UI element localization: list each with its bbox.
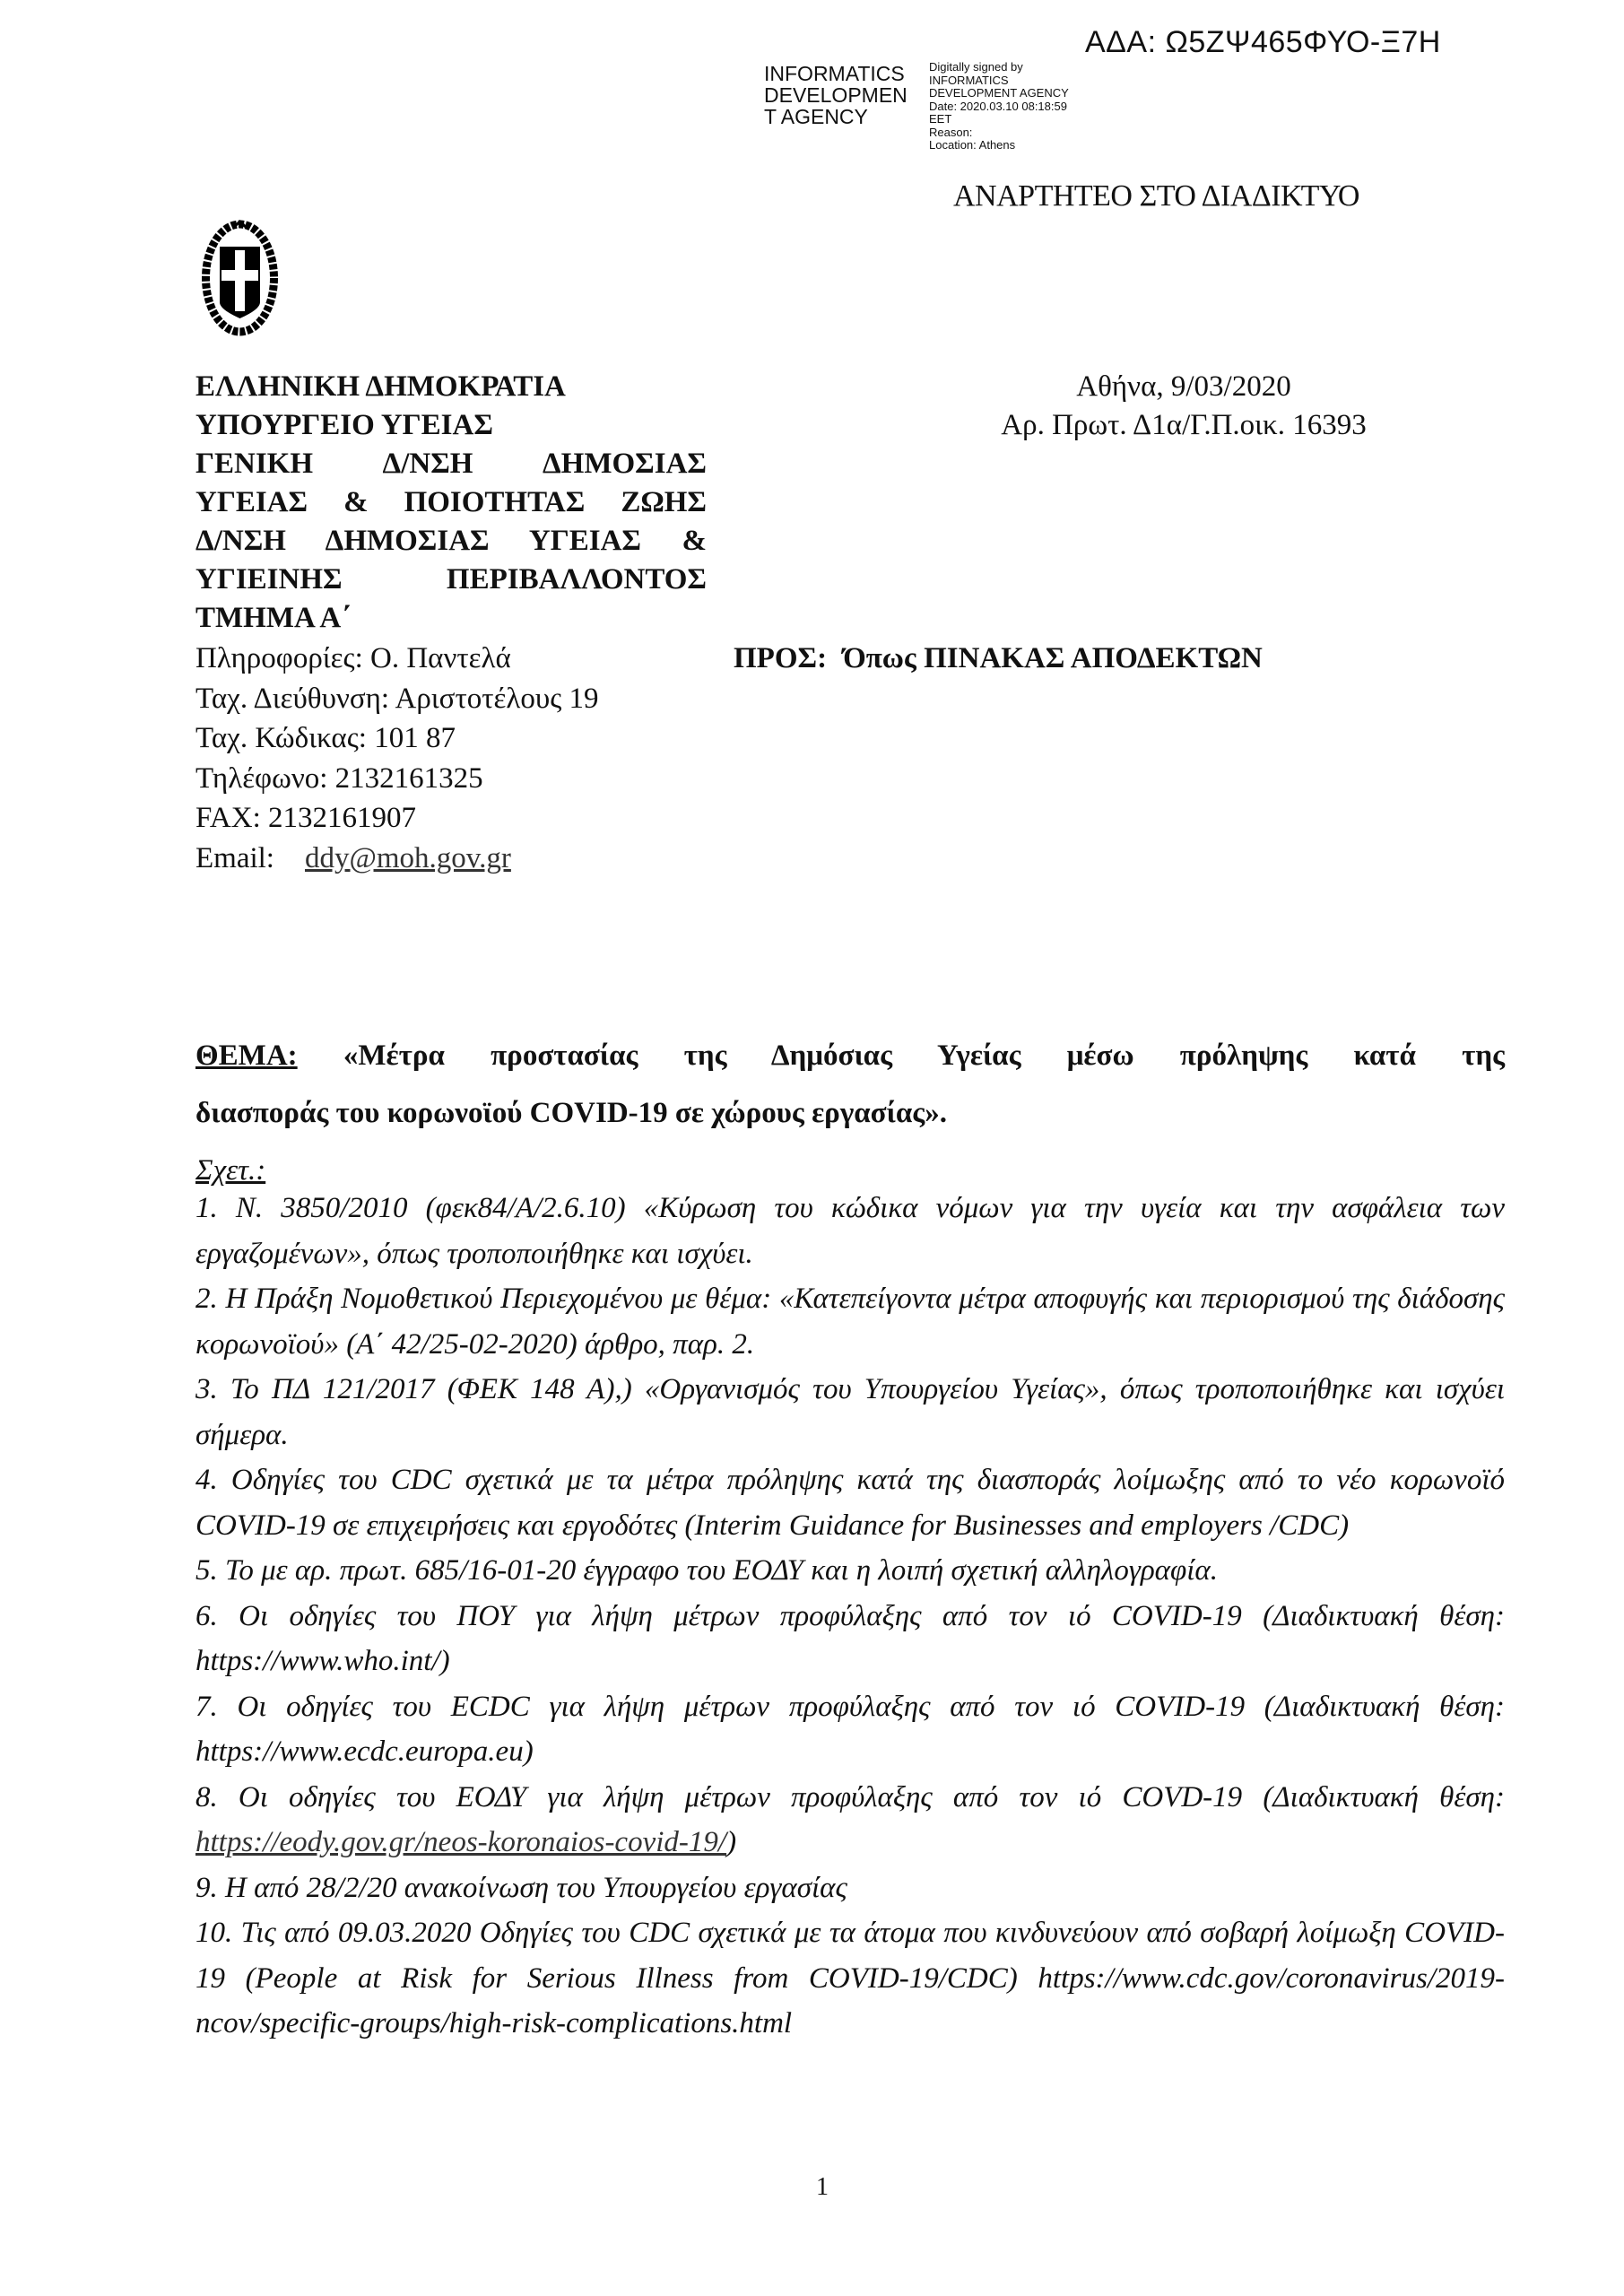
org-line: ΥΠΟΥΡΓΕΙΟ ΥΓΕΙΑΣ [195, 406, 707, 445]
org-line: Δ/ΝΣΗ ΔΗΜΟΣΙΑΣ ΥΓΕΙΑΣ & [195, 522, 707, 561]
signature-detail-line: Date: 2020.03.10 08:18:59 [929, 100, 1069, 114]
org-line: ΕΛΛΗΝΙΚΗ ΔΗΜΟΚΡΑΤΙΑ [195, 368, 707, 406]
org-line: ΥΓΙΕΙΝΗΣ ΠΕΡΙΒΑΛΛΟΝΤΟΣ [195, 561, 707, 599]
contact-email-row: Email:ddy@moh.gov.gr [195, 839, 599, 879]
reference-item: 5. Το με αρ. πρωτ. 685/16-01-20 έγγραφο … [195, 1548, 1505, 1594]
recipients: ΠΡΟΣ:Όπως ΠΙΝΑΚΑΣ ΑΠΟΔΕΚΤΩΝ [734, 639, 1263, 678]
contact-fax: FAX: 2132161907 [195, 798, 599, 839]
signature-detail-line: EET [929, 113, 1069, 126]
eody-link[interactable]: https://eody.gov.gr/neos-koronaios-covid… [195, 1826, 726, 1858]
signature-detail-line: Digitally signed by [929, 61, 1069, 74]
reference-item: 1. Ν. 3850/2010 (φεκ84/Α/2.6.10) «Κύρωση… [195, 1186, 1505, 1276]
reference-item: 8. Οι οδηγίες του ΕΟΔΥ για λήψη μέτρων π… [195, 1775, 1505, 1865]
reference-tail: ) [726, 1826, 736, 1858]
signature-detail-line: DEVELOPMENT AGENCY [929, 87, 1069, 100]
reference-item: 6. Οι οδηγίες του ΠΟΥ για λήψη μέτρων πρ… [195, 1594, 1505, 1684]
references-heading: Σχετ.: [195, 1152, 265, 1188]
subject-block: ΘΕΜΑ: «Μέτρα προστασίας της Δημόσιας Υγε… [195, 1027, 1505, 1142]
contact-postal-code: Ταχ. Κώδικας: 101 87 [195, 718, 599, 759]
reference-item: 2. Η Πράξη Νομοθετικού Περιεχομένου με θ… [195, 1276, 1505, 1367]
reference-item: 7. Οι οδηγίες του ECDC για λήψη μέτρων π… [195, 1684, 1505, 1775]
signature-signer: INFORMATICS DEVELOPMEN T AGENCY [764, 63, 908, 127]
contact-block: Πληροφορίες: Ο. Παντελά Ταχ. Διεύθυνση: … [195, 639, 599, 878]
recipients-label: ΠΡΟΣ: [734, 642, 827, 674]
organization-block: ΕΛΛΗΝΙΚΗ ΔΗΜΟΚΡΑΤΙΑ ΥΠΟΥΡΓΕΙΟ ΥΓΕΙΑΣ ΓΕΝ… [195, 368, 707, 638]
reference-text: 8. Οι οδηγίες του ΕΟΔΥ για λήψη μέτρων π… [195, 1781, 1505, 1813]
email-label: Email: [195, 842, 274, 874]
subject-line-2: διασποράς του κορωνοϊού COVID-19 σε χώρο… [195, 1084, 1505, 1142]
email-link[interactable]: ddy@moh.gov.gr [305, 842, 511, 874]
signature-detail-line: Reason: [929, 126, 1069, 140]
contact-phone: Τηλέφωνο: 2132161325 [195, 759, 599, 799]
org-line: ΓΕΝΙΚΗ Δ/ΝΣΗ ΔΗΜΟΣΙΑΣ [195, 445, 707, 483]
references-list: 1. Ν. 3850/2010 (φεκ84/Α/2.6.10) «Κύρωση… [195, 1186, 1505, 2047]
page-number: 1 [816, 2173, 829, 2202]
reference-item: 10. Τις από 09.03.2020 Οδηγίες του CDC σ… [195, 1910, 1505, 2047]
greek-coat-of-arms-icon [202, 220, 278, 336]
place-date: Αθήνα, 9/03/2020 [951, 368, 1417, 406]
protocol-number: Αρ. Πρωτ. Δ1α/Γ.Π.οικ. 16393 [951, 406, 1417, 445]
date-protocol-block: Αθήνα, 9/03/2020 Αρ. Πρωτ. Δ1α/Γ.Π.οικ. … [951, 368, 1417, 445]
recipients-value: Όπως ΠΙΝΑΚΑΣ ΑΠΟΔΕΚΤΩΝ [843, 642, 1263, 674]
signer-line: DEVELOPMEN [764, 84, 908, 106]
org-line: ΥΓΕΙΑΣ & ΠΟΙΟΤΗΤΑΣ ΖΩΗΣ [195, 483, 707, 522]
subject-label: ΘΕΜΑ: [195, 1039, 298, 1072]
contact-address: Ταχ. Διεύθυνση: Αριστοτέλους 19 [195, 679, 599, 719]
reference-item: 3. Το ΠΔ 121/2017 (ΦΕΚ 148 Α),) «Οργανισ… [195, 1367, 1505, 1457]
publish-notice: ΑΝΑΡΤΗΤΕΟ ΣΤΟ ΔΙΑΔΙΚΤΥΟ [953, 179, 1359, 213]
signature-detail-line: Location: Athens [929, 139, 1069, 152]
reference-item: 9. Η από 28/2/20 ανακοίνωση του Υπουργεί… [195, 1865, 1505, 1911]
signature-details: Digitally signed by INFORMATICS DEVELOPM… [929, 61, 1069, 152]
subject-line-1: ΘΕΜΑ: «Μέτρα προστασίας της Δημόσιας Υγε… [195, 1027, 1505, 1084]
ada-code: ΑΔΑ: Ω5ΖΨ465ΦΥΟ-Ξ7Η [1085, 25, 1441, 60]
subject-text-1: «Μέτρα προστασίας της Δημόσιας Υγείας μέ… [343, 1039, 1505, 1072]
signer-line: T AGENCY [764, 106, 908, 127]
org-line: ΤΜΗΜΑ Α΄ [195, 599, 707, 638]
signer-line: INFORMATICS [764, 63, 908, 84]
contact-info: Πληροφορίες: Ο. Παντελά [195, 639, 599, 679]
reference-item: 4. Οδηγίες του CDC σχετικά με τα μέτρα π… [195, 1457, 1505, 1548]
signature-detail-line: INFORMATICS [929, 74, 1069, 88]
